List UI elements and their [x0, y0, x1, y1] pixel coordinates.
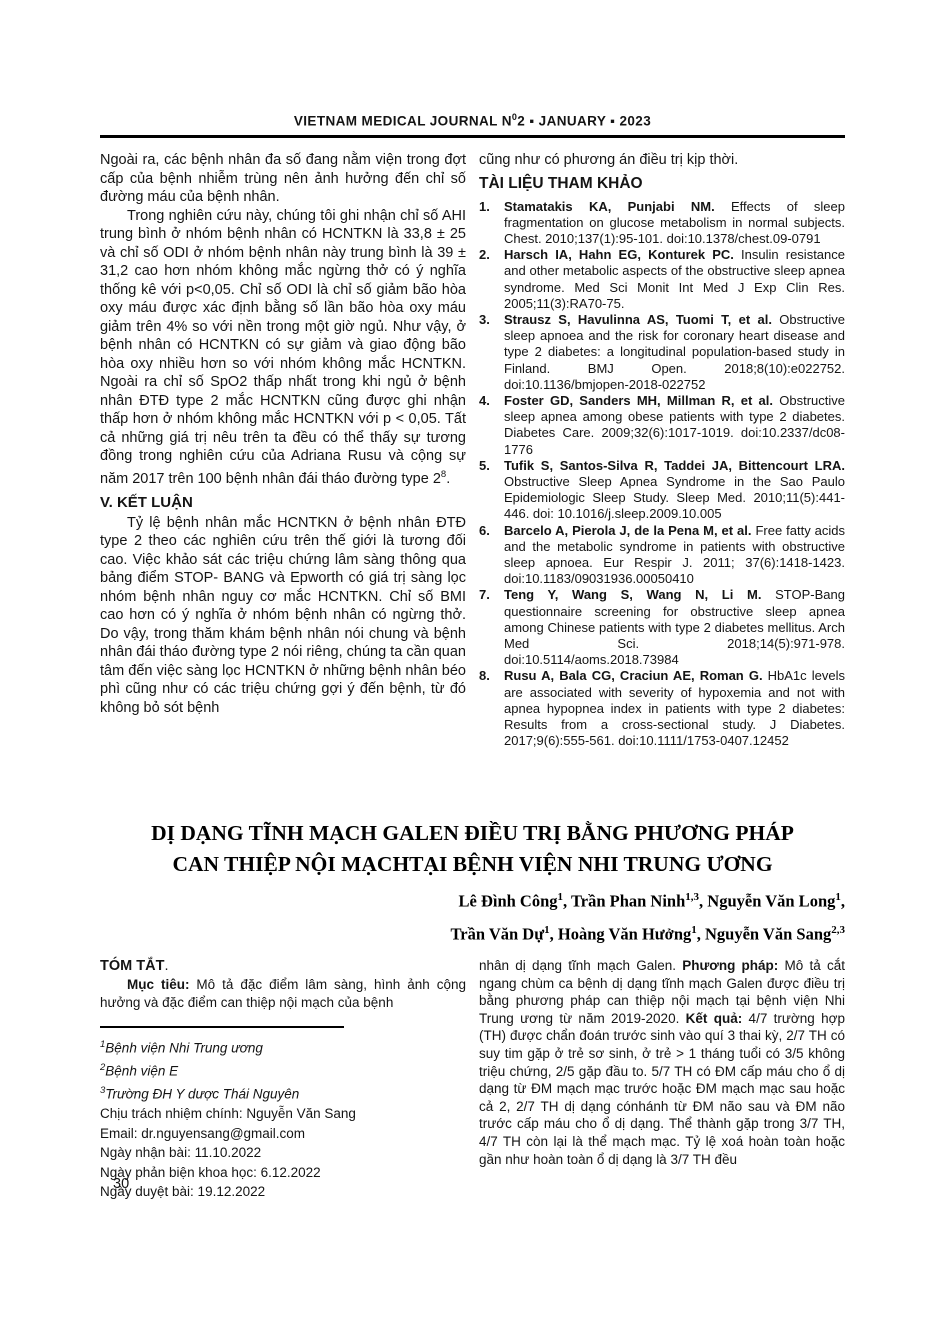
- journal-page: VIETNAM MEDICAL JOURNAL N02 ▪ JANUARY ▪ …: [0, 0, 942, 1333]
- affiliation-text: Bệnh viện Nhi Trung ương: [105, 1041, 263, 1056]
- conclusion-paragraph: Tỷ lệ bệnh nhân mắc HCNTKN ở bệnh nhân Đ…: [100, 514, 466, 718]
- author-name: Nguyễn Văn Sang: [705, 924, 831, 943]
- authors-line1: Lê Đình Công1, Trần Phan Ninh1,3, Nguyễn…: [100, 883, 845, 916]
- article1-right-column: cũng như có phương án điều trị kịp thời.…: [479, 151, 845, 749]
- reference-text: Tufik S, Santos-Silva R, Taddei JA, Bitt…: [504, 458, 845, 523]
- article2-columns: TÓM TẮT. Mục tiêu: Mô tả đặc điểm lâm sà…: [100, 957, 845, 1202]
- reference-authors: Foster GD, Sanders MH, Millman R, et al.: [504, 393, 773, 408]
- paragraph: cũng như có phương án điều trị kịp thời.: [479, 151, 845, 170]
- abstract-text: nhân dị dạng tĩnh mạch Galen.: [479, 958, 682, 973]
- affiliation-text: Bệnh viện E: [105, 1064, 178, 1079]
- journal-header-text: VIETNAM MEDICAL JOURNAL N: [294, 114, 512, 129]
- paragraph-text: Trong nghiên cứu này, chúng tôi ghi nhận…: [100, 208, 466, 487]
- reference-item: 3.Strausz S, Havulinna AS, Tuomi T, et a…: [479, 312, 845, 393]
- reference-number: 6.: [479, 523, 504, 588]
- conclusion-heading: V. KẾT LUẬN: [100, 493, 466, 512]
- article-title-line1: DỊ DẠNG TĨNH MẠCH GALEN ĐIỀU TRỊ BẰNG PH…: [100, 818, 845, 849]
- abstract-objective: Mục tiêu: Mô tả đặc điểm lâm sàng, hình …: [100, 976, 466, 1011]
- abstract-heading: TÓM TẮT.: [100, 957, 466, 976]
- abstract-heading-period: .: [164, 958, 168, 974]
- journal-header-text-suffix: 2 ▪ JANUARY ▪ 2023: [517, 114, 651, 129]
- author-affiliation-superscript: 1,3: [685, 891, 699, 903]
- paragraph: Trong nghiên cứu này, chúng tôi ghi nhận…: [100, 207, 466, 488]
- reference-text: Stamatakis KA, Punjabi NM. Effects of sl…: [504, 199, 845, 248]
- author-name: Hoàng Văn Hưởng: [558, 924, 691, 943]
- author-separator: ,: [841, 892, 845, 911]
- reference-number: 8.: [479, 668, 504, 749]
- affiliation-3: 3Trường ĐH Y dược Thái Nguyên: [100, 1081, 466, 1104]
- author-name: Trần Phan Ninh: [571, 892, 685, 911]
- footnote-rule: [100, 1026, 344, 1028]
- reference-authors: Stamatakis KA, Punjabi NM.: [504, 199, 715, 214]
- reference-item: 6.Barcelo A, Pierola J, de la Pena M, et…: [479, 523, 845, 588]
- reference-number: 3.: [479, 312, 504, 393]
- accepted-date-line: Ngày duyệt bài: 19.12.2022: [100, 1182, 466, 1202]
- abstract-text: 4/7 trường hợp (TH) được chẩn đoán trước…: [479, 1011, 845, 1167]
- reference-authors: Teng Y, Wang S, Wang N, Li M.: [504, 587, 761, 602]
- reference-item: 2.Harsch IA, Hahn EG, Konturek PC. Insul…: [479, 247, 845, 312]
- reference-item: 7.Teng Y, Wang S, Wang N, Li M. STOP-Ban…: [479, 587, 845, 668]
- reference-authors: Harsch IA, Hahn EG, Konturek PC.: [504, 247, 734, 262]
- article1-columns: Ngoài ra, các bệnh nhân đa số đang nằm v…: [100, 151, 845, 749]
- reference-number: 7.: [479, 587, 504, 668]
- reference-text: Rusu A, Bala CG, Craciun AE, Roman G. Hb…: [504, 668, 845, 749]
- objective-label: Mục tiêu:: [127, 977, 189, 992]
- reference-number: 4.: [479, 393, 504, 458]
- reference-text: Foster GD, Sanders MH, Millman R, et al.…: [504, 393, 845, 458]
- reference-authors: Rusu A, Bala CG, Craciun AE, Roman G.: [504, 668, 763, 683]
- reference-number: 5.: [479, 458, 504, 523]
- reference-item: 1.Stamatakis KA, Punjabi NM. Effects of …: [479, 199, 845, 248]
- reviewed-date-line: Ngày phản biện khoa học: 6.12.2022: [100, 1163, 466, 1183]
- article2-left-column: TÓM TẮT. Mục tiêu: Mô tả đặc điểm lâm sà…: [100, 957, 466, 1202]
- reference-item: 4.Foster GD, Sanders MH, Millman R, et a…: [479, 393, 845, 458]
- reference-text: Harsch IA, Hahn EG, Konturek PC. Insulin…: [504, 247, 845, 312]
- author-affiliation-superscript: 2,3: [831, 924, 845, 936]
- corresponding-author-line: Chịu trách nhiệm chính: Nguyễn Văn Sang: [100, 1104, 466, 1124]
- results-label: Kết quả:: [686, 1011, 743, 1026]
- article1-left-column: Ngoài ra, các bệnh nhân đa số đang nằm v…: [100, 151, 466, 749]
- reference-authors: Tufik S, Santos-Silva R, Taddei JA, Bitt…: [504, 458, 845, 473]
- article-title: DỊ DẠNG TĨNH MẠCH GALEN ĐIỀU TRỊ BẰNG PH…: [100, 818, 845, 880]
- reference-number: 1.: [479, 199, 504, 248]
- reference-item: 8.Rusu A, Bala CG, Craciun AE, Roman G. …: [479, 668, 845, 749]
- methods-label: Phương pháp:: [682, 958, 778, 973]
- reference-item: 5.Tufik S, Santos-Silva R, Taddei JA, Bi…: [479, 458, 845, 523]
- paragraph-text: .: [446, 470, 450, 486]
- email-line: Email: dr.nguyensang@gmail.com: [100, 1124, 466, 1144]
- reference-text: Teng Y, Wang S, Wang N, Li M. STOP-Bang …: [504, 587, 845, 668]
- abstract-heading-text: TÓM TẮT: [100, 958, 164, 974]
- paragraph: Ngoài ra, các bệnh nhân đa số đang nằm v…: [100, 151, 466, 207]
- reference-authors: Strausz S, Havulinna AS, Tuomi T, et al.: [504, 312, 772, 327]
- abstract-continued: nhân dị dạng tĩnh mạch Galen. Phương phá…: [479, 957, 845, 1168]
- footnotes: 1Bệnh viện Nhi Trung ương 2Bệnh viện E 3…: [100, 1035, 466, 1202]
- reference-text: Barcelo A, Pierola J, de la Pena M, et a…: [504, 523, 845, 588]
- author-name: Trần Văn Dự: [450, 924, 544, 943]
- reference-list: 1.Stamatakis KA, Punjabi NM. Effects of …: [479, 199, 845, 750]
- affiliation-1: 1Bệnh viện Nhi Trung ương: [100, 1035, 466, 1058]
- article2-right-column: nhân dị dạng tĩnh mạch Galen. Phương phá…: [479, 957, 845, 1202]
- article-title-line2: CAN THIỆP NỘI MẠCHTẠI BỆNH VIỆN NHI TRUN…: [100, 849, 845, 880]
- author-separator: ,: [563, 892, 571, 911]
- received-date-line: Ngày nhận bài: 11.10.2022: [100, 1143, 466, 1163]
- author-separator: ,: [550, 924, 558, 943]
- author-name: Lê Đình Công: [458, 892, 557, 911]
- reference-number: 2.: [479, 247, 504, 312]
- references-heading: TÀI LIỆU THAM KHẢO: [479, 174, 845, 194]
- author-separator: ,: [697, 924, 705, 943]
- reference-authors: Barcelo A, Pierola J, de la Pena M, et a…: [504, 523, 752, 538]
- affiliation-2: 2Bệnh viện E: [100, 1058, 466, 1081]
- article2: DỊ DẠNG TĨNH MẠCH GALEN ĐIỀU TRỊ BẰNG PH…: [100, 818, 845, 1202]
- author-name: Nguyễn Văn Long: [707, 892, 835, 911]
- journal-header: VIETNAM MEDICAL JOURNAL N02 ▪ JANUARY ▪ …: [100, 112, 845, 138]
- affiliation-text: Trường ĐH Y dược Thái Nguyên: [105, 1087, 299, 1102]
- reference-rest: Obstructive Sleep Apnea Syndrome in the …: [504, 474, 845, 521]
- article-authors: Lê Đình Công1, Trần Phan Ninh1,3, Nguyễn…: [100, 883, 845, 948]
- authors-line2: Trần Văn Dự1, Hoàng Văn Hưởng1, Nguyễn V…: [100, 916, 845, 949]
- page-number: 30: [113, 1176, 129, 1192]
- reference-text: Strausz S, Havulinna AS, Tuomi T, et al.…: [504, 312, 845, 393]
